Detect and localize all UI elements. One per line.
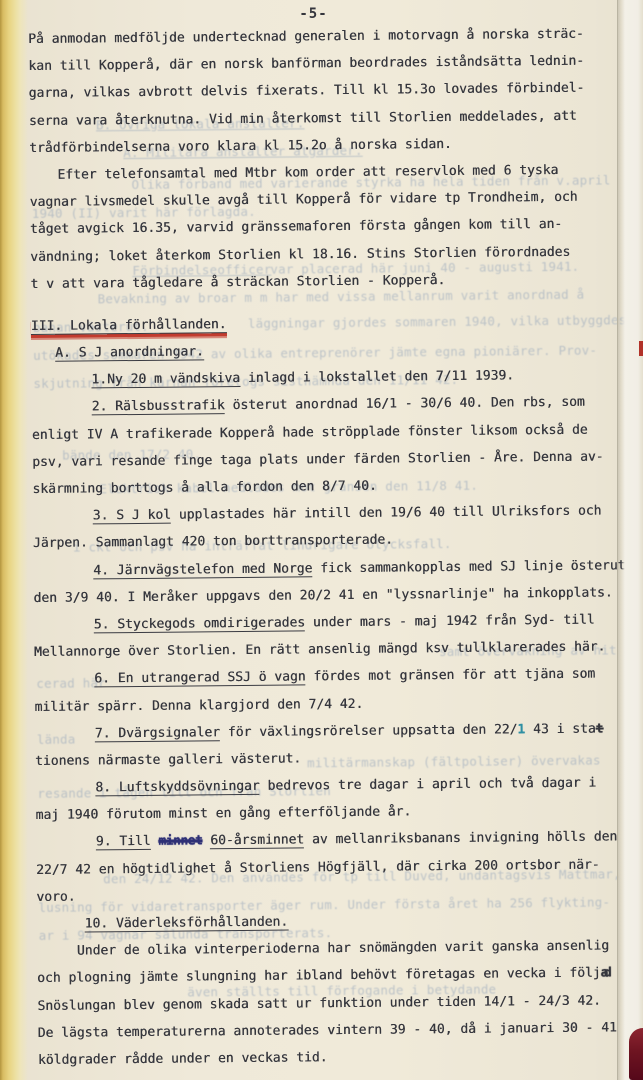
crossed-out-word: minnet	[158, 834, 202, 849]
text-segment: trådförbindelserna voro klara kl 15.2o å…	[29, 137, 452, 156]
text-line: vändning; loket återkom Storlien kl 18.1…	[30, 238, 630, 271]
text-segment: upplastades här intill den 19/6 40 till …	[171, 504, 602, 523]
typed-document-text: På anmodan medföljde undertecknad genera…	[28, 20, 638, 1074]
text-line: De lägsta temperaturerna annoterades vin…	[38, 1014, 638, 1047]
underlined-phrase: A. S J anordningar.	[55, 344, 204, 361]
text-segment: De lägsta temperaturerna annoterades vin…	[38, 1020, 617, 1041]
text-segment: På anmodan medföljde undertecknad genera…	[28, 27, 584, 47]
text-segment: Efter telefonsamtal med Mtbr kom order a…	[57, 163, 558, 183]
underlined-phrase: 3. S J kol	[93, 508, 171, 525]
text-segment: österut anordnad 16/1 - 30/6 40. Den rbs…	[225, 395, 585, 413]
text-segment: den 3/9 40. I Meråker uppgavs den 20/2 4…	[33, 585, 612, 606]
text-segment: skärmning borttogs å alla fordon den 8/7…	[32, 479, 377, 497]
text-line: köldgrader rådde under en veckas tid.	[38, 1041, 638, 1074]
text-segment: och plogning jämte slungning har ibland …	[37, 966, 601, 986]
underlined-phrase: 6. En utrangerad SSJ ö vagn	[94, 670, 305, 688]
text-segment: vändning; loket återkom Storlien kl 18.1…	[30, 244, 570, 264]
underlined-phrase: 5. Styckegods omdirigerades	[94, 615, 305, 633]
text-segment: Mellannorge över Storlien. En rätt ansen…	[34, 640, 605, 660]
text-segment: av mellanriksbanans invigning hölls den	[304, 830, 617, 848]
underlined-phrase: 60-årsminnet	[210, 833, 304, 850]
left-page-edge	[0, 0, 28, 1080]
text-line: 22/7 42 en högtidlighet å Storliens Högf…	[36, 851, 636, 884]
underlined-phrase: 10. Väderleksförhållanden.	[85, 915, 289, 933]
section-heading: III. Lokala förhållanden.	[31, 317, 227, 335]
red-margin-mark	[639, 341, 643, 356]
scanned-document-page: B. Övriga lokala anstalter.A. Militära a…	[0, 0, 643, 1080]
text-segment: för växlingsrörelser uppsatta den 22/	[220, 722, 518, 740]
text-segment: Under de olika vinterperioderna har snöm…	[77, 939, 609, 959]
text-line: t v att vara tågledare å sträckan Storli…	[30, 265, 630, 298]
text-segment: enligt IV A trafikerade Kopperå hade str…	[32, 422, 588, 442]
underlined-phrase: 8. Luftskyddsövningar	[95, 779, 260, 797]
text-line: psv, vari resande finge taga plats under…	[32, 443, 632, 476]
text-segment: fördes mot gränsen för att tjäna som	[306, 667, 596, 685]
text-segment: voro.	[36, 889, 75, 904]
underlined-phrase: 9. Till	[96, 834, 151, 851]
text-segment: köldgrader rådde under en veckas tid.	[38, 1050, 328, 1068]
text-segment: maj 1940 förutom minst en gång efterfölj…	[36, 805, 412, 824]
overstruck-character: t	[596, 721, 604, 736]
underlined-phrase: 4. Järnvägstelefon med Norge	[93, 561, 312, 579]
text-segment	[151, 834, 159, 849]
text-segment: bedrevos tre dagar i april och två dagar…	[260, 776, 597, 794]
text-segment: Järpen. Sammanlagt 420 ton borttransport…	[33, 533, 393, 551]
text-segment: inlagd i lokstallet den 7/11 1939.	[240, 369, 514, 387]
underlined-phrase: 1.Ny 20 m vändskiva	[91, 371, 240, 388]
text-line: 8. Luftskyddsövningar bedrevos tre dagar…	[95, 769, 635, 801]
text-segment: kan till Kopperå, där en norsk banförman…	[28, 54, 584, 74]
text-segment: tåget avgick 16.35, varvid gränssemafore…	[30, 217, 562, 237]
underlined-phrase: 2. Rälsbusstrafik	[92, 399, 225, 416]
text-segment: psv, vari resande finge taga plats under…	[32, 449, 603, 469]
text-line: serna vara återknutna. Vid min återkomst…	[29, 102, 629, 135]
overtyped-correction: ad	[601, 966, 608, 981]
text-segment: 22/7 42 en högtidlighet å Storliens Högf…	[36, 857, 600, 877]
text-segment: tionens närmaste galleri västerut.	[35, 751, 301, 769]
page-number: -5-	[0, 6, 627, 22]
text-line: 6. En utrangerad SSJ ö vagn fördes mot g…	[94, 661, 634, 693]
text-segment: vagnar livsmedel skulle avgå till Kopper…	[30, 190, 578, 210]
text-segment: garna, vilkas avbrott delvis fixerats. T…	[29, 81, 585, 101]
text-line: 3. S J kol upplastades här intill den 19…	[93, 497, 633, 529]
underlined-phrase: 7. Dvärgsignaler	[95, 725, 220, 742]
text-segment: t v att vara tågledare å sträckan Storli…	[30, 273, 445, 292]
text-segment: 43 i sta	[525, 721, 596, 737]
red-corner-stain	[629, 1028, 643, 1080]
text-segment: serna vara återknutna. Vid min återkomst…	[29, 108, 577, 128]
text-segment: militär spärr. Denna klargjord den 7/4 4…	[34, 696, 363, 714]
text-segment: Snöslungan blev genom skada satt ur funk…	[37, 993, 601, 1013]
text-segment: fick sammankopplas med SJ linje österut	[312, 558, 625, 576]
text-line: 7. Dvärgsignaler för växlingsrörelser up…	[95, 715, 635, 747]
text-segment: under mars - maj 1942 från Syd- till	[305, 613, 595, 631]
